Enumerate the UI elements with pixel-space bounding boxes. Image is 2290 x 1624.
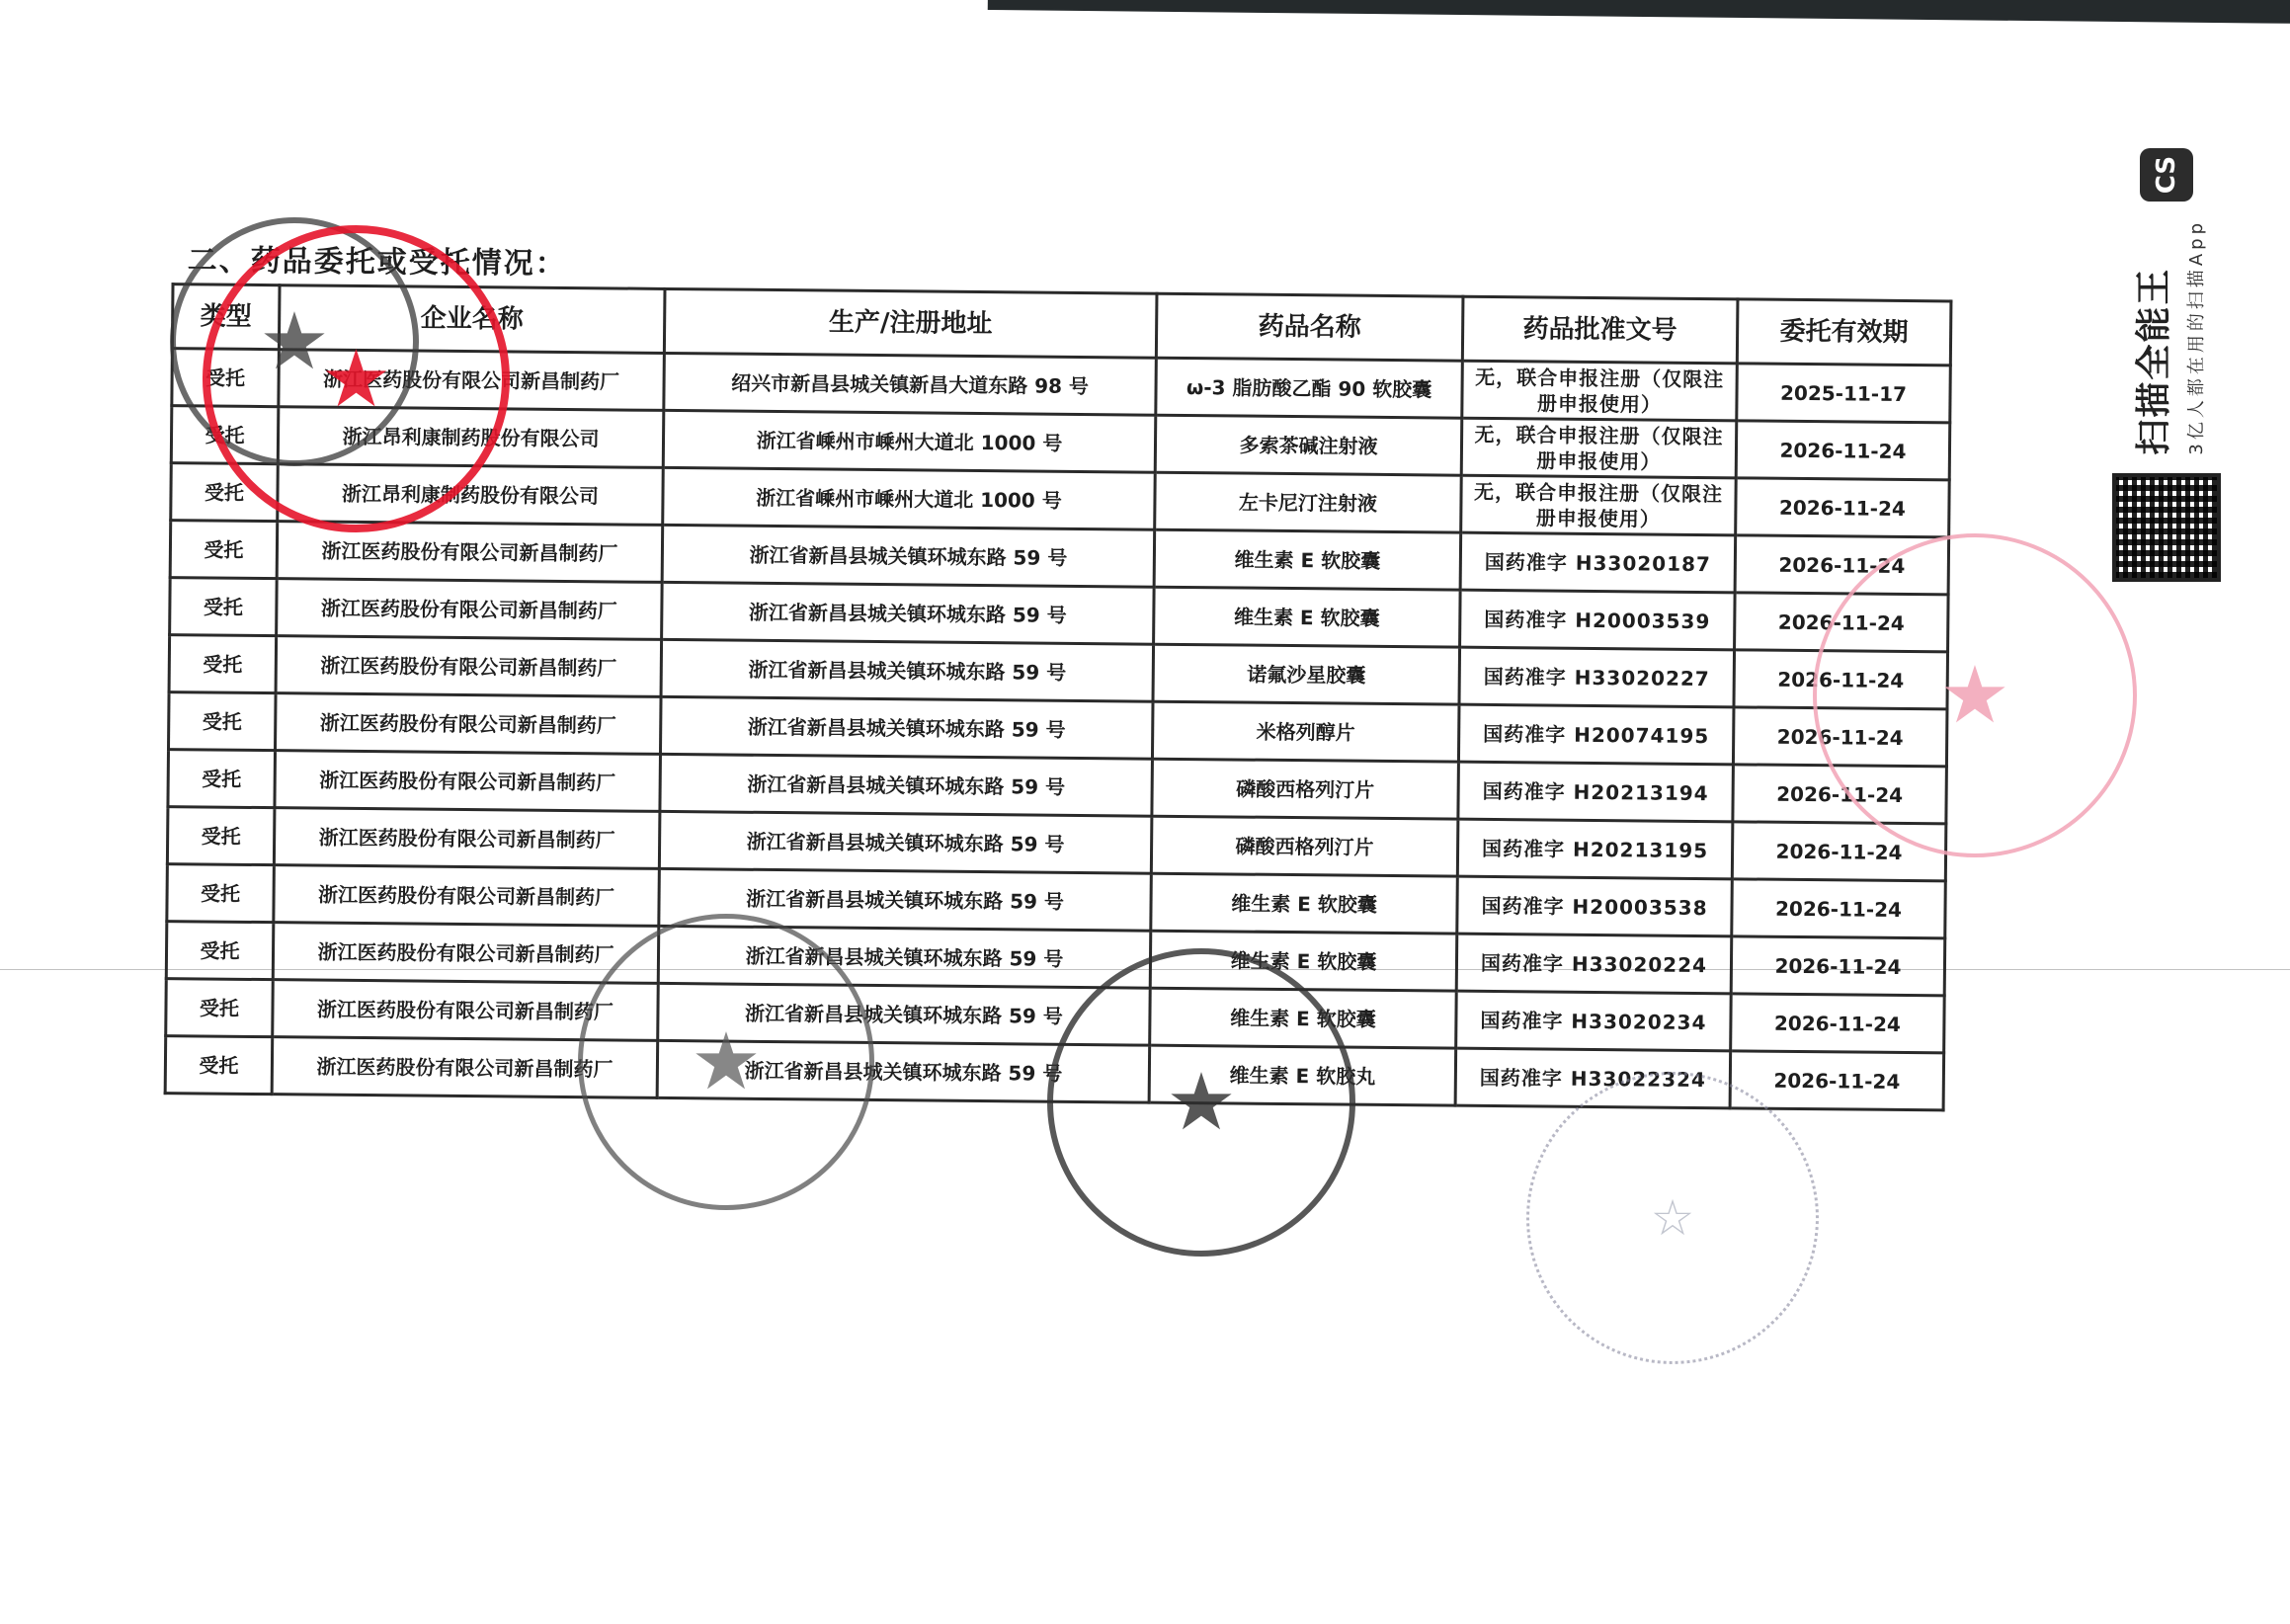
cell-company: 浙江医药股份有限公司新昌制药厂 (277, 522, 663, 583)
cell-type: 受托 (172, 349, 280, 407)
cell-address: 浙江省新昌县城关镇环城东路 59 号 (662, 525, 1155, 587)
header-company: 企业名称 (279, 285, 665, 354)
cell-drug-name: 维生素 E 软胶丸 (1149, 1045, 1456, 1105)
camscanner-logo-icon: CS (2140, 148, 2193, 202)
cell-approval-number: 国药准字 H33020224 (1456, 934, 1732, 994)
cell-company: 浙江医药股份有限公司新昌制药厂 (277, 579, 663, 640)
section-title: 二、药品委托或受托情况： (188, 235, 567, 283)
cell-approval-number: 无，联合申报注册（仅限注册申报使用） (1462, 361, 1738, 421)
cell-validity: 2026-11-24 (1734, 650, 1948, 709)
cell-drug-name: 维生素 E 软胶囊 (1154, 587, 1461, 647)
cell-address: 浙江省新昌县城关镇环城东路 59 号 (657, 1040, 1150, 1102)
watermark-brand: 扫描全能王 (2126, 219, 2176, 455)
cell-validity: 2026-11-24 (1735, 535, 1949, 595)
cell-company: 浙江医药股份有限公司新昌制药厂 (276, 636, 662, 697)
cell-address: 浙江省新昌县城关镇环城东路 59 号 (660, 696, 1153, 759)
watermark-tagline: 3亿人都在用的扫描App (2182, 219, 2208, 455)
cell-address: 浙江省新昌县城关镇环城东路 59 号 (662, 582, 1155, 644)
cell-type: 受托 (168, 750, 276, 808)
cell-drug-name: 多索茶碱注射液 (1155, 415, 1462, 475)
cell-type: 受托 (171, 406, 279, 464)
star-icon: ☆ (1651, 1193, 1695, 1243)
cell-company: 浙江昂利康制药股份有限公司 (278, 407, 664, 468)
cell-approval-number: 国药准字 H33020227 (1459, 647, 1735, 707)
cell-approval-number: 国药准字 H33020234 (1456, 991, 1732, 1051)
cell-drug-name: 维生素 E 软胶囊 (1151, 873, 1458, 934)
cell-approval-number: 国药准字 H20003539 (1460, 590, 1736, 650)
camscanner-watermark: CS 扫描全能王 3亿人都在用的扫描App (2102, 148, 2231, 583)
cell-approval-number: 国药准字 H33020187 (1460, 532, 1736, 593)
cell-type: 受托 (171, 463, 279, 522)
header-address: 生产/注册地址 (664, 288, 1157, 358)
cell-approval-number: 无，联合申报注册（仅限注册申报使用） (1461, 418, 1737, 478)
cell-drug-name: 维生素 E 软胶囊 (1150, 931, 1457, 991)
cell-type: 受托 (170, 578, 278, 636)
cell-type: 受托 (166, 922, 274, 980)
cell-drug-name: 维生素 E 软胶囊 (1154, 529, 1461, 590)
cell-drug-name: 米格列醇片 (1152, 701, 1459, 762)
cell-type: 受托 (170, 521, 278, 579)
cell-company: 浙江医药股份有限公司新昌制药厂 (275, 693, 661, 755)
cell-validity: 2026-11-24 (1736, 478, 1950, 537)
table-body: 受托浙江医药股份有限公司新昌制药厂绍兴市新昌县城关镇新昌大道东路 98 号ω-3… (165, 349, 1950, 1110)
cell-validity: 2026-11-24 (1732, 822, 1946, 881)
cell-type: 受托 (167, 864, 275, 923)
header-approval-number: 药品批准文号 (1462, 296, 1738, 364)
cell-validity: 2026-11-24 (1733, 765, 1947, 824)
cell-type: 受托 (169, 692, 277, 751)
cell-address: 浙江省嵊州市嵊州大道北 1000 号 (663, 410, 1156, 472)
cell-address: 浙江省新昌县城关镇环城东路 59 号 (658, 983, 1151, 1045)
cell-drug-name: 磷酸西格列汀片 (1151, 816, 1458, 876)
faded-seal-bottom-right: ☆ (1526, 1072, 1819, 1364)
cell-validity: 2026-11-24 (1736, 421, 1950, 480)
cell-type: 受托 (169, 635, 277, 693)
document-sheet: 二、药品委托或受托情况： 类型 企业名称 生产/注册地址 药品名称 药品批准文号… (158, 235, 1966, 253)
qr-code-icon (2112, 473, 2221, 582)
entrust-table: 类型 企业名称 生产/注册地址 药品名称 药品批准文号 委托有效期 受托浙江医药… (164, 283, 1953, 1111)
cell-address: 浙江省新昌县城关镇环城东路 59 号 (658, 926, 1151, 988)
cell-address: 浙江省嵊州市嵊州大道北 1000 号 (663, 467, 1156, 529)
cell-validity: 2026-11-24 (1732, 879, 1946, 938)
cell-address: 绍兴市新昌县城关镇新昌大道东路 98 号 (664, 353, 1157, 415)
cell-approval-number: 国药准字 H33022324 (1455, 1048, 1731, 1108)
cell-drug-name: 维生素 E 软胶囊 (1150, 988, 1457, 1048)
cell-drug-name: 诺氟沙星胶囊 (1153, 644, 1460, 704)
cell-company: 浙江医药股份有限公司新昌制药厂 (272, 1037, 658, 1098)
cell-validity: 2026-11-24 (1731, 994, 1945, 1053)
cell-company: 浙江医药股份有限公司新昌制药厂 (273, 980, 659, 1041)
header-drug-name: 药品名称 (1156, 293, 1463, 361)
cell-validity: 2025-11-17 (1737, 364, 1951, 423)
cell-drug-name: ω-3 脂肪酸乙酯 90 软胶囊 (1156, 358, 1463, 418)
cell-company: 浙江医药股份有限公司新昌制药厂 (273, 923, 659, 984)
cell-address: 浙江省新昌县城关镇环城东路 59 号 (660, 754, 1153, 816)
cell-drug-name: 左卡尼汀注射液 (1155, 472, 1462, 532)
cell-approval-number: 无，联合申报注册（仅限注册申报使用） (1461, 475, 1737, 535)
header-validity: 委托有效期 (1737, 299, 1951, 365)
cell-company: 浙江医药股份有限公司新昌制药厂 (275, 751, 661, 812)
header-type: 类型 (172, 284, 280, 350)
cell-approval-number: 国药准字 H20213194 (1458, 762, 1734, 822)
cell-approval-number: 国药准字 H20213195 (1457, 819, 1733, 879)
cell-company: 浙江医药股份有限公司新昌制药厂 (279, 350, 665, 411)
cell-validity: 2026-11-24 (1730, 1051, 1944, 1110)
cell-approval-number: 国药准字 H20074195 (1458, 704, 1734, 765)
cell-validity: 2026-11-24 (1731, 936, 1945, 996)
cell-address: 浙江省新昌县城关镇环城东路 59 号 (661, 639, 1154, 701)
cell-validity: 2026-11-24 (1735, 593, 1949, 652)
star-icon: ★ (1939, 656, 2010, 735)
cell-type: 受托 (167, 807, 275, 865)
cell-approval-number: 国药准字 H20003538 (1457, 876, 1733, 936)
scan-edge-shadow (988, 0, 2290, 25)
cell-validity: 2026-11-24 (1733, 707, 1947, 767)
cell-type: 受托 (166, 979, 274, 1037)
cell-drug-name: 磷酸西格列汀片 (1152, 759, 1459, 819)
cell-company: 浙江昂利康制药股份有限公司 (278, 464, 664, 526)
cell-address: 浙江省新昌县城关镇环城东路 59 号 (659, 811, 1152, 873)
cell-type: 受托 (165, 1036, 273, 1095)
cell-company: 浙江医药股份有限公司新昌制药厂 (274, 865, 660, 927)
cell-address: 浙江省新昌县城关镇环城东路 59 号 (659, 868, 1152, 931)
cell-company: 浙江医药股份有限公司新昌制药厂 (274, 808, 660, 869)
